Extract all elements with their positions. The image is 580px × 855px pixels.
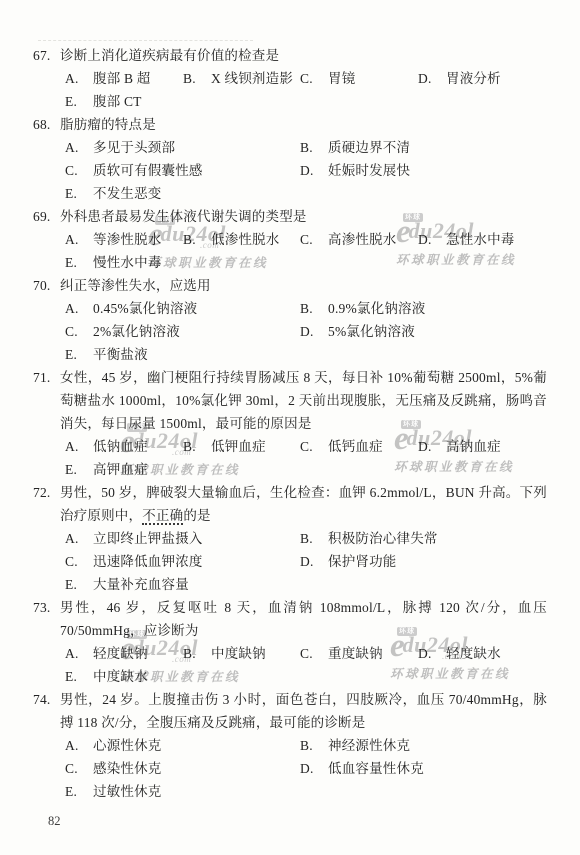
option-label: A. [65, 435, 93, 458]
option-label: B. [183, 67, 211, 90]
question-number: 71. [33, 366, 60, 435]
option-A: A.0.45%氯化钠溶液 [65, 297, 300, 320]
question-number: 73. [33, 596, 60, 642]
option-row: E.腹部 CT [65, 90, 547, 113]
option-row: E.不发生恶变 [65, 182, 547, 205]
question-stem: 女性，45 岁，幽门梗阻行持续胃肠减压 8 天，每日补 10%葡萄糖 2500m… [60, 366, 547, 435]
option-A: A.腹部 B 超 [65, 67, 183, 90]
option-E: E.高钾血症 [65, 458, 183, 481]
option-text: 低血容量性休克 [328, 757, 424, 780]
option-E: E.过敏性休克 [65, 780, 300, 803]
option-label: C. [65, 757, 93, 780]
option-text: 高钠血症 [446, 435, 501, 458]
option-row: A.立即终止钾盐摄入B.积极防治心律失常 [65, 527, 547, 550]
option-row: C.质软可有假囊性感D.妊娠时发展快 [65, 159, 547, 182]
option-row: A.多见于头颈部B.质硬边界不清 [65, 136, 547, 159]
option-label: C. [300, 642, 328, 665]
option-A: A.心源性休克 [65, 734, 300, 757]
option-row: E.高钾血症 [65, 458, 547, 481]
question-73: 73.男性，46 岁，反复呕吐 8 天，血清钠 108mmol/L，脉搏 120… [33, 596, 547, 688]
option-text: 低钙血症 [328, 435, 383, 458]
option-label: E. [65, 665, 93, 688]
option-row: C.感染性休克D.低血容量性休克 [65, 757, 547, 780]
option-label: A. [65, 642, 93, 665]
option-label: B. [183, 228, 211, 251]
question-header: 69.外科患者最易发生体液代谢失调的类型是 [33, 205, 547, 228]
option-B: B.积极防治心律失常 [300, 527, 547, 550]
option-A: A.立即终止钾盐摄入 [65, 527, 300, 550]
option-text: 急性水中毒 [446, 228, 515, 251]
option-D: D.低血容量性休克 [300, 757, 547, 780]
option-text: 高渗性脱水 [328, 228, 397, 251]
option-label: A. [65, 527, 93, 550]
option-row: A.心源性休克B.神经源性休克 [65, 734, 547, 757]
option-B: B.0.9%氯化钠溶液 [300, 297, 547, 320]
question-72: 72.男性，50 岁，脾破裂大量输血后，生化检查：血钾 6.2mmol/L，BU… [33, 481, 547, 596]
question-header: 68.脂肪瘤的特点是 [33, 113, 547, 136]
option-B: B.低钾血症 [183, 435, 300, 458]
option-C: C.质软可有假囊性感 [65, 159, 300, 182]
question-stem: 纠正等渗性失水，应选用 [60, 274, 547, 297]
question-header: 70.纠正等渗性失水，应选用 [33, 274, 547, 297]
option-C: C.迅速降低血钾浓度 [65, 550, 300, 573]
question-67: 67.诊断上消化道疾病最有价值的检查是A.腹部 B 超B.X 线钡剂造影C.胃镜… [33, 44, 547, 113]
option-label: E. [65, 251, 93, 274]
question-74: 74.男性，24 岁。上腹撞击伤 3 小时，面色苍白，四肢厥冷，血压 70/40… [33, 688, 547, 803]
exam-page: 环球edu24ol.com环球职业教育在线环球edu24ol.com环球职业教育… [0, 0, 580, 855]
option-D: D.高钠血症 [418, 435, 547, 458]
option-D: D.5%氯化钠溶液 [300, 320, 547, 343]
option-label: D. [418, 435, 446, 458]
option-C: C.感染性休克 [65, 757, 300, 780]
option-text: 胃液分析 [446, 67, 501, 90]
option-row: A.轻度缺钠B.中度缺钠C.重度缺钠D.轻度缺水 [65, 642, 547, 665]
question-header: 67.诊断上消化道疾病最有价值的检查是 [33, 44, 547, 67]
option-text: 心源性休克 [93, 734, 162, 757]
option-text: 慢性水中毒 [93, 251, 162, 274]
option-text: 过敏性休克 [93, 780, 162, 803]
question-70: 70.纠正等渗性失水，应选用A.0.45%氯化钠溶液B.0.9%氯化钠溶液C.2… [33, 274, 547, 366]
question-number: 67. [33, 44, 60, 67]
option-text: 立即终止钾盐摄入 [93, 527, 203, 550]
question-71: 71.女性，45 岁，幽门梗阻行持续胃肠减压 8 天，每日补 10%葡萄糖 25… [33, 366, 547, 481]
option-label: B. [183, 642, 211, 665]
option-text: 不发生恶变 [93, 182, 162, 205]
option-C: C.高渗性脱水 [300, 228, 418, 251]
option-label: C. [300, 435, 328, 458]
question-list: 67.诊断上消化道疾病最有价值的检查是A.腹部 B 超B.X 线钡剂造影C.胃镜… [33, 44, 547, 803]
option-A: A.低钠血症 [65, 435, 183, 458]
option-C: C.重度缺钠 [300, 642, 418, 665]
option-E: E.不发生恶变 [65, 182, 300, 205]
option-row: E.慢性水中毒 [65, 251, 547, 274]
question-header: 71.女性，45 岁，幽门梗阻行持续胃肠减压 8 天，每日补 10%葡萄糖 25… [33, 366, 547, 435]
option-label: C. [65, 159, 93, 182]
option-D: D.胃液分析 [418, 67, 547, 90]
option-text: 5%氯化钠溶液 [328, 320, 415, 343]
option-row: E.中度缺水 [65, 665, 547, 688]
option-B: B.质硬边界不清 [300, 136, 547, 159]
option-E: E.大量补充血容量 [65, 573, 300, 596]
option-row: C.2%氯化钠溶液D.5%氯化钠溶液 [65, 320, 547, 343]
question-68: 68.脂肪瘤的特点是A.多见于头颈部B.质硬边界不清C.质软可有假囊性感D.妊娠… [33, 113, 547, 205]
option-D: D.妊娠时发展快 [300, 159, 547, 182]
option-row: A.0.45%氯化钠溶液B.0.9%氯化钠溶液 [65, 297, 547, 320]
option-text: 轻度缺钠 [93, 642, 148, 665]
option-text: 质硬边界不清 [328, 136, 410, 159]
option-E: E.腹部 CT [65, 90, 183, 113]
option-text: 感染性休克 [93, 757, 162, 780]
question-number: 72. [33, 481, 60, 527]
option-text: 保护肾功能 [328, 550, 397, 573]
option-label: B. [300, 136, 328, 159]
option-label: D. [418, 228, 446, 251]
option-text: 质软可有假囊性感 [93, 159, 203, 182]
option-label: D. [300, 159, 328, 182]
question-stem: 男性，50 岁，脾破裂大量输血后，生化检查：血钾 6.2mmol/L，BUN 升… [60, 481, 547, 527]
option-row: A.腹部 B 超B.X 线钡剂造影C.胃镜D.胃液分析 [65, 67, 547, 90]
option-C: C.2%氯化钠溶液 [65, 320, 300, 343]
option-text: 神经源性休克 [328, 734, 410, 757]
question-stem: 男性，46 岁，反复呕吐 8 天，血清钠 108mmol/L，脉搏 120 次/… [60, 596, 547, 642]
question-header: 72.男性，50 岁，脾破裂大量输血后，生化检查：血钾 6.2mmol/L，BU… [33, 481, 547, 527]
option-E: E.慢性水中毒 [65, 251, 183, 274]
question-number: 69. [33, 205, 60, 228]
option-label: E. [65, 343, 93, 366]
option-text: 腹部 CT [93, 90, 142, 113]
option-text: 多见于头颈部 [93, 136, 175, 159]
option-label: D. [300, 757, 328, 780]
option-row: E.大量补充血容量 [65, 573, 547, 596]
option-label: A. [65, 67, 93, 90]
question-number: 68. [33, 113, 60, 136]
option-text: 2%氯化钠溶液 [93, 320, 180, 343]
option-E: E.平衡盐液 [65, 343, 300, 366]
question-stem: 诊断上消化道疾病最有价值的检查是 [60, 44, 547, 67]
option-B: B.X 线钡剂造影 [183, 67, 300, 90]
option-text: 0.9%氯化钠溶液 [328, 297, 425, 320]
option-text: 腹部 B 超 [93, 67, 150, 90]
option-label: A. [65, 297, 93, 320]
option-label: B. [300, 734, 328, 757]
option-text: 迅速降低血钾浓度 [93, 550, 203, 573]
option-D: D.保护肾功能 [300, 550, 547, 573]
option-B: B.神经源性休克 [300, 734, 547, 757]
option-label: A. [65, 136, 93, 159]
option-text: 低渗性脱水 [211, 228, 280, 251]
option-label: E. [65, 458, 93, 481]
option-text: 高钾血症 [93, 458, 148, 481]
option-label: A. [65, 734, 93, 757]
option-text: 大量补充血容量 [93, 573, 189, 596]
option-label: B. [300, 297, 328, 320]
option-C: C.低钙血症 [300, 435, 418, 458]
page-number: 82 [48, 814, 61, 829]
option-B: B.低渗性脱水 [183, 228, 300, 251]
question-stem: 外科患者最易发生体液代谢失调的类型是 [60, 205, 547, 228]
option-row: A.低钠血症B.低钾血症C.低钙血症D.高钠血症 [65, 435, 547, 458]
option-text: 平衡盐液 [93, 343, 148, 366]
option-text: 0.45%氯化钠溶液 [93, 297, 197, 320]
option-label: B. [183, 435, 211, 458]
option-text: 胃镜 [328, 67, 355, 90]
option-text: 积极防治心律失常 [328, 527, 438, 550]
option-E: E.中度缺水 [65, 665, 183, 688]
option-A: A.等渗性脱水 [65, 228, 183, 251]
option-label: E. [65, 780, 93, 803]
option-text: 低钠血症 [93, 435, 148, 458]
question-header: 74.男性，24 岁。上腹撞击伤 3 小时，面色苍白，四肢厥冷，血压 70/40… [33, 688, 547, 734]
option-label: C. [300, 228, 328, 251]
option-label: D. [300, 550, 328, 573]
option-D: D.轻度缺水 [418, 642, 547, 665]
option-label: A. [65, 228, 93, 251]
option-label: E. [65, 90, 93, 113]
option-text: 等渗性脱水 [93, 228, 162, 251]
option-text: 妊娠时发展快 [328, 159, 410, 182]
option-text: 中度缺钠 [211, 642, 266, 665]
option-text: 重度缺钠 [328, 642, 383, 665]
question-header: 73.男性，46 岁，反复呕吐 8 天，血清钠 108mmol/L，脉搏 120… [33, 596, 547, 642]
option-C: C.胃镜 [300, 67, 418, 90]
option-label: C. [300, 67, 328, 90]
option-label: D. [418, 67, 446, 90]
option-label: C. [65, 320, 93, 343]
option-B: B.中度缺钠 [183, 642, 300, 665]
option-row: A.等渗性脱水B.低渗性脱水C.高渗性脱水D.急性水中毒 [65, 228, 547, 251]
option-label: C. [65, 550, 93, 573]
option-label: D. [300, 320, 328, 343]
option-row: C.迅速降低血钾浓度D.保护肾功能 [65, 550, 547, 573]
option-row: E.过敏性休克 [65, 780, 547, 803]
option-label: B. [300, 527, 328, 550]
option-A: A.轻度缺钠 [65, 642, 183, 665]
option-D: D.急性水中毒 [418, 228, 547, 251]
question-stem: 男性，24 岁。上腹撞击伤 3 小时，面色苍白，四肢厥冷，血压 70/40mmH… [60, 688, 547, 734]
option-text: X 线钡剂造影 [211, 67, 293, 90]
option-label: E. [65, 182, 93, 205]
option-text: 中度缺水 [93, 665, 148, 688]
option-row: E.平衡盐液 [65, 343, 547, 366]
option-label: D. [418, 642, 446, 665]
option-A: A.多见于头颈部 [65, 136, 300, 159]
emphasized-text: 不正确 [142, 508, 183, 525]
option-text: 轻度缺水 [446, 642, 501, 665]
question-number: 74. [33, 688, 60, 734]
option-text: 低钾血症 [211, 435, 266, 458]
question-stem: 脂肪瘤的特点是 [60, 113, 547, 136]
question-number: 70. [33, 274, 60, 297]
option-label: E. [65, 573, 93, 596]
question-69: 69.外科患者最易发生体液代谢失调的类型是A.等渗性脱水B.低渗性脱水C.高渗性… [33, 205, 547, 274]
